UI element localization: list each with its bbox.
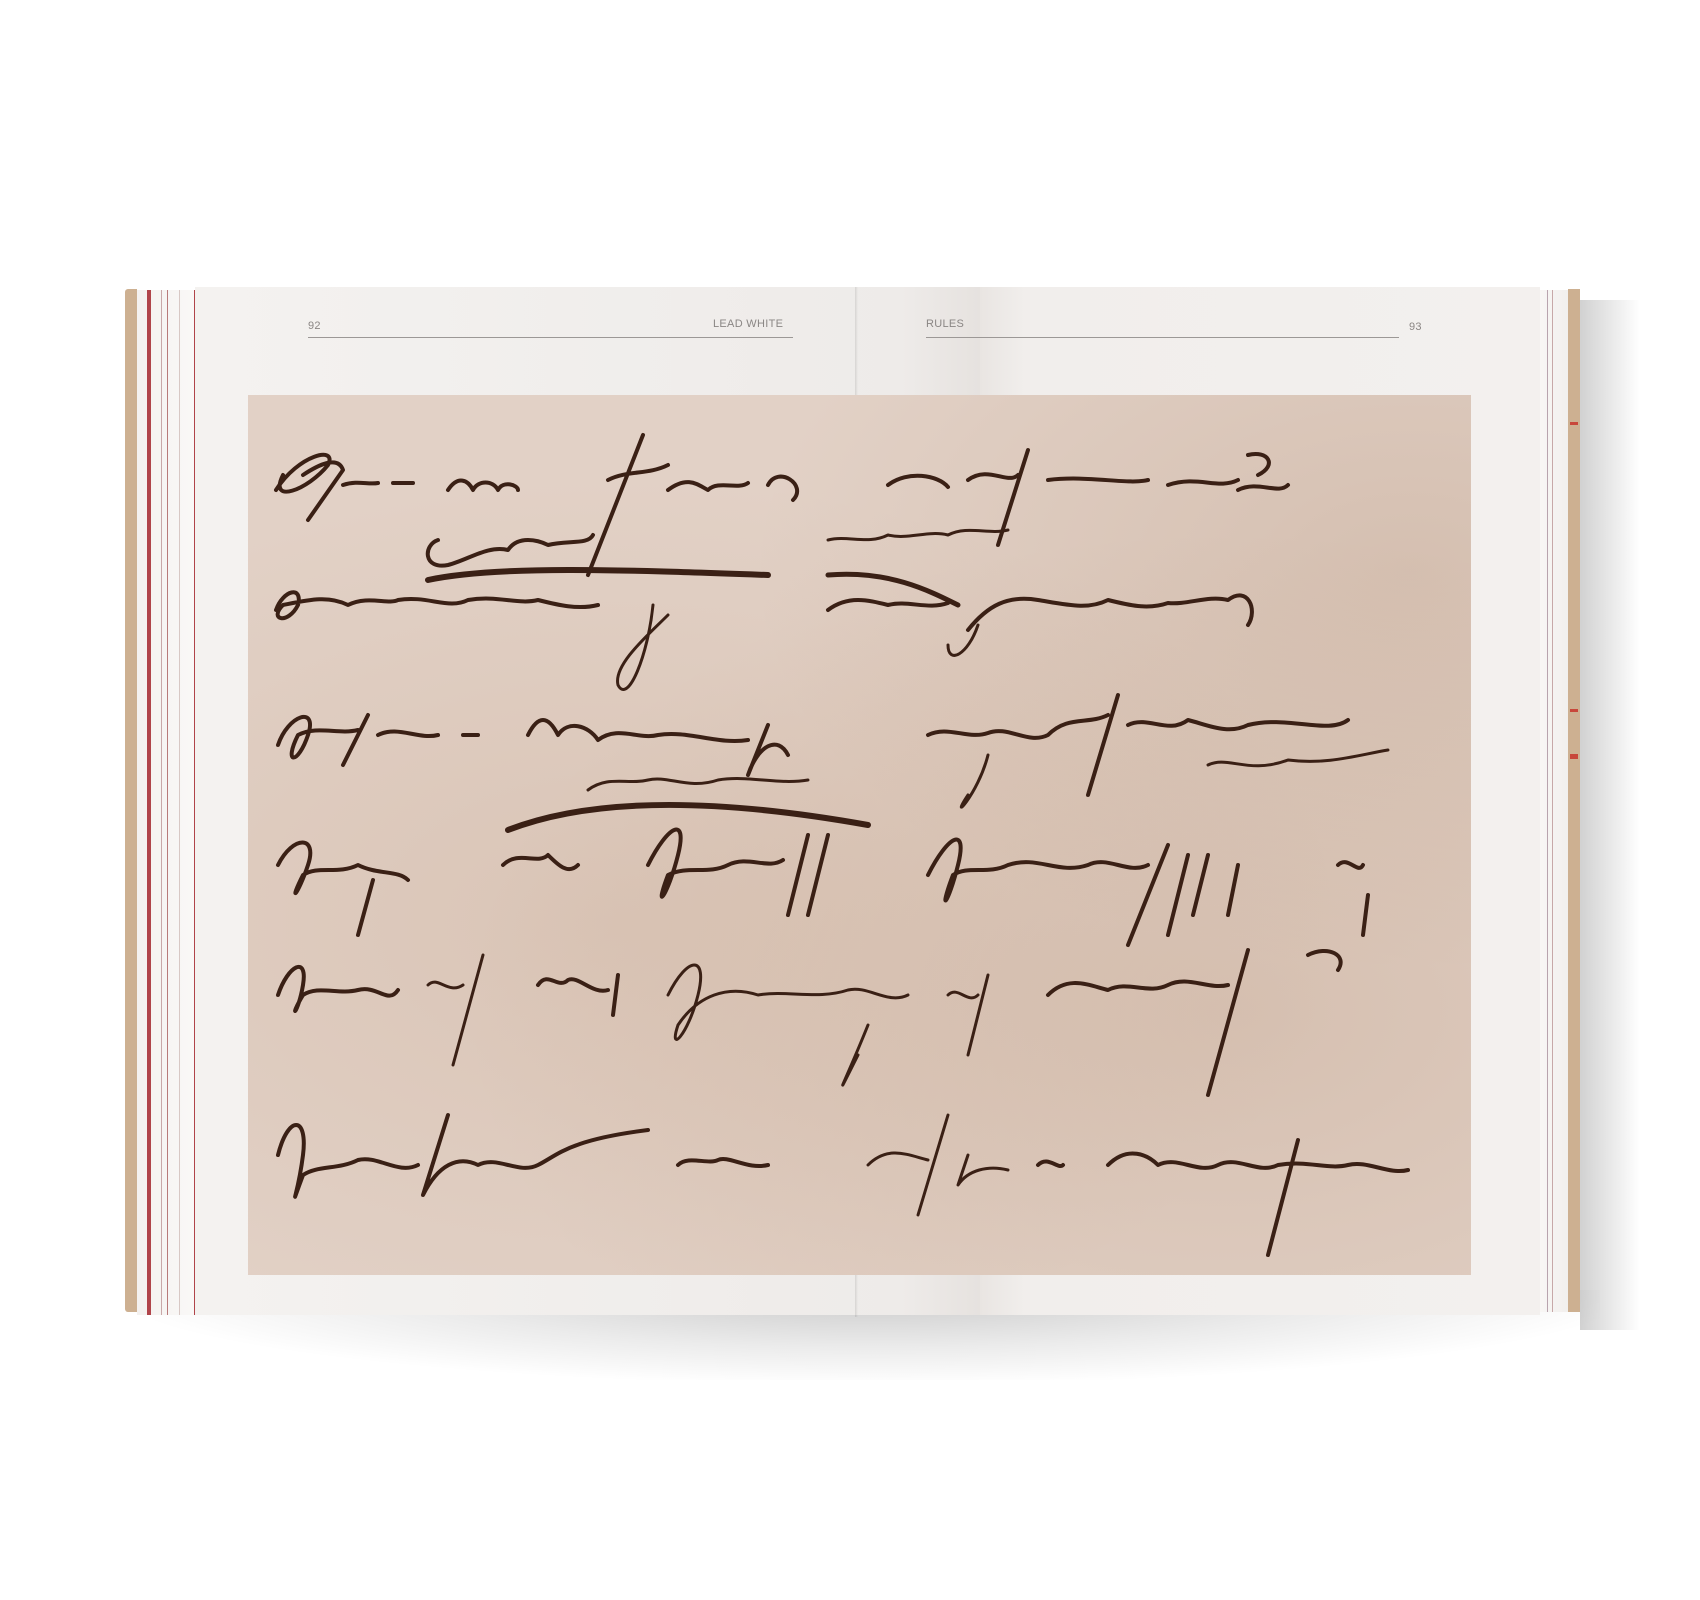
manuscript-photo: [248, 395, 1471, 1275]
right-running-head: RULES: [926, 318, 964, 330]
cover-edge-left: [125, 289, 137, 1312]
book-shadow-right: [1580, 300, 1640, 1330]
cover-edge-right: [1568, 289, 1580, 1312]
right-page-number: 93: [1409, 321, 1422, 333]
right-header-rule: [926, 337, 1399, 338]
left-running-head: LEAD WHITE: [713, 318, 783, 330]
handwriting-strokes: [248, 395, 1471, 1275]
left-header-rule: [308, 337, 793, 338]
left-page-number: 92: [308, 320, 321, 332]
